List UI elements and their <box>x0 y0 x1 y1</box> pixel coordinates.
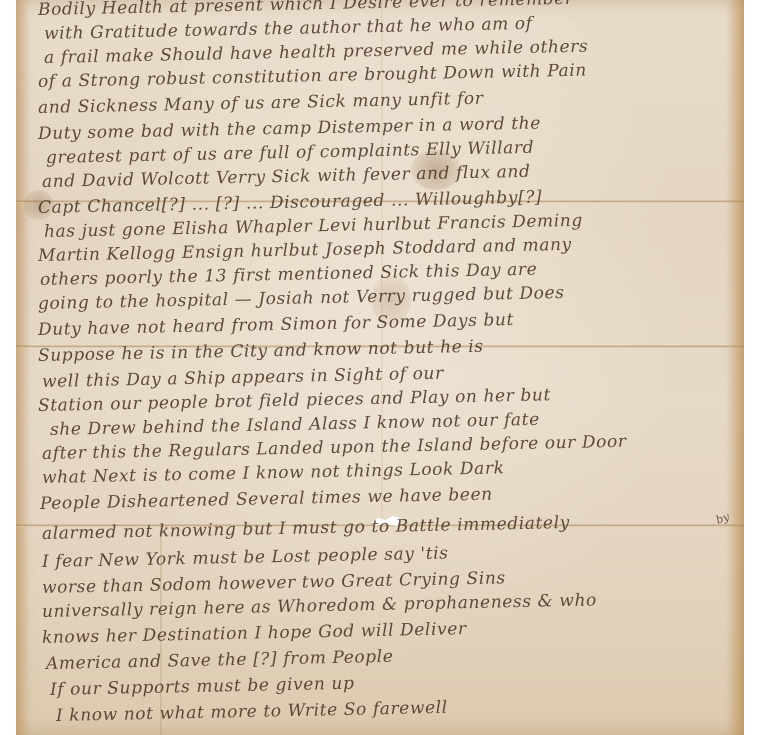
letter-line: and Sickness Many of us are Sick many un… <box>38 89 484 118</box>
letter-line: I fear New York must be Lost people say … <box>42 543 449 572</box>
letter-line: Duty have not heard from Simon for Some … <box>38 310 514 340</box>
letter-line: what Next is to come I know not things L… <box>42 458 505 488</box>
letter-line: Suppose he is in the City and know not b… <box>38 337 484 366</box>
letter-page: Bodily Health at present which I Desire … <box>16 0 744 735</box>
letter-line: well this Day a Ship appears in Sight of… <box>42 364 444 392</box>
letter-line: People Disheartened Several times we hav… <box>40 485 493 514</box>
letter-line: If our Supports must be given up <box>50 674 355 700</box>
letter-line: knows her Destination I hope God will De… <box>42 619 467 648</box>
letter-line: alarmed not knowing but I must go to Bat… <box>42 513 570 544</box>
letter-line: America and Save the [?] from People <box>46 647 394 674</box>
letter-line: I know not what more to Write So farewel… <box>56 698 448 726</box>
